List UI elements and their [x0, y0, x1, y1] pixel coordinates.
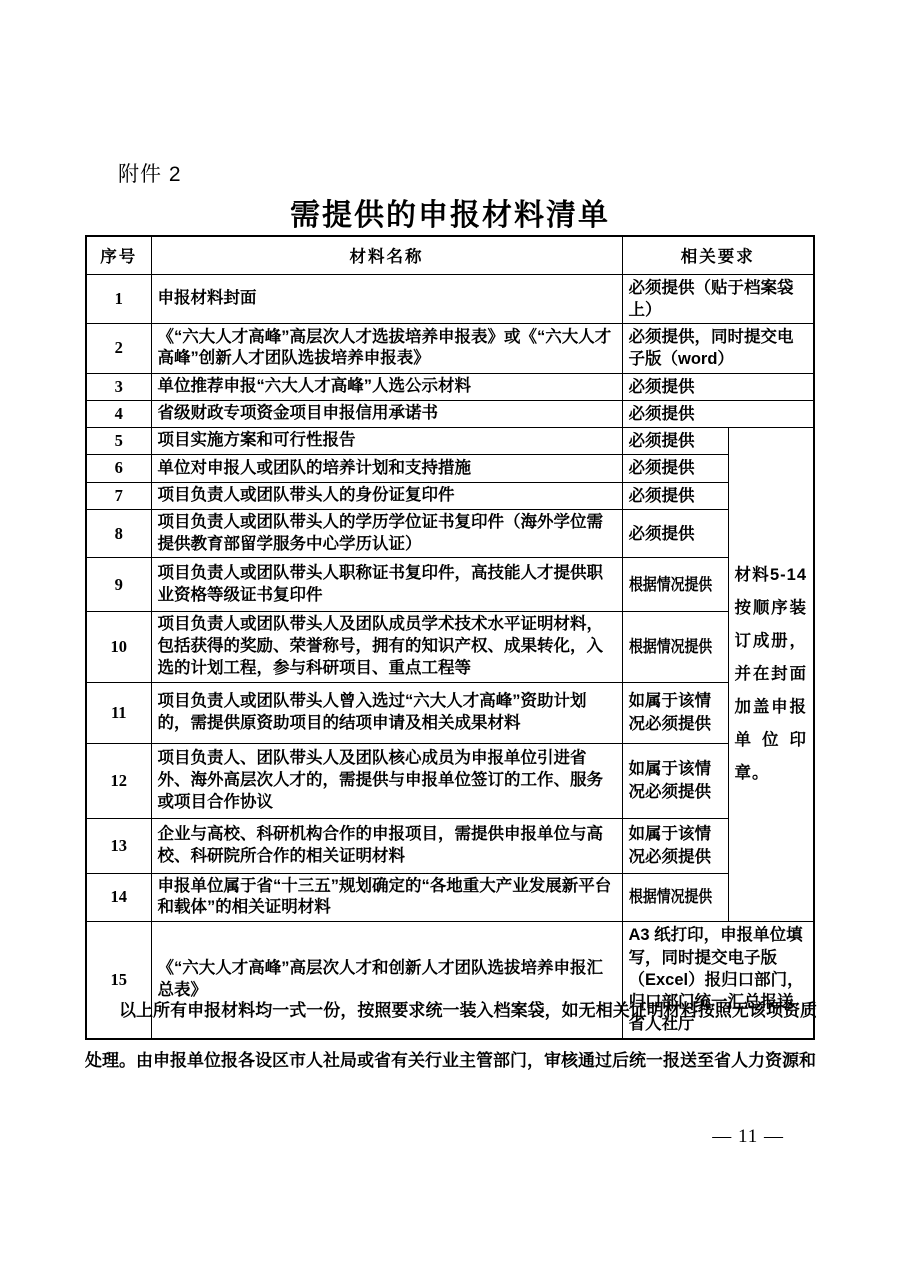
- document-page: 附件 2 需提供的申报材料清单 序号 材料名称 相关要求 1 申报材料封面 必须…: [0, 0, 900, 1273]
- cell-no: 5: [86, 428, 151, 455]
- binding-note-cell: 材料5-14按顺序装订成册，并在封面加盖申报单位印章。: [728, 428, 814, 922]
- cell-no: 10: [86, 612, 151, 682]
- cell-name: 单位推荐申报“六大人才高峰”人选公示材料: [151, 373, 622, 400]
- cell-name: 项目负责人或团队带头人职称证书复印件，高技能人才提供职业资格等级证书复印件: [151, 558, 622, 612]
- cell-requirement: 必须提供: [622, 455, 728, 482]
- cell-name: 单位对申报人或团队的培养计划和支持措施: [151, 455, 622, 482]
- cell-requirement: 必须提供（贴于档案袋上）: [622, 274, 814, 324]
- cell-requirement: 如属于该情况必须提供: [622, 743, 728, 818]
- cell-no: 14: [86, 873, 151, 922]
- page-title: 需提供的申报材料清单: [0, 190, 900, 234]
- header-row: 序号 材料名称 相关要求: [86, 236, 814, 274]
- materials-table: 序号 材料名称 相关要求 1 申报材料封面 必须提供（贴于档案袋上） 2 《“六…: [85, 235, 815, 1040]
- header-no: 序号: [86, 236, 151, 274]
- cell-no: 1: [86, 274, 151, 324]
- cell-no: 7: [86, 482, 151, 509]
- cell-requirement: 根据情况提供: [622, 612, 728, 682]
- cell-no: 8: [86, 509, 151, 558]
- cell-requirement: 必须提供，同时提交电子版（word）: [622, 324, 814, 374]
- cell-name: 项目负责人、团队带头人及团队核心成员为申报单位引进省外、海外高层次人才的，需提供…: [151, 743, 622, 818]
- cell-name: 申报材料封面: [151, 274, 622, 324]
- cell-no: 11: [86, 682, 151, 743]
- cell-name: 申报单位属于省“十三五”规划确定的“各地重大产业发展新平台和载体”的相关证明材料: [151, 873, 622, 922]
- cell-requirement: 必须提供: [622, 373, 814, 400]
- cell-requirement: 必须提供: [622, 400, 814, 427]
- table-row: 2 《“六大人才高峰”高层次人才选拔培养申报表》或《“六大人才高峰”创新人才团队…: [86, 324, 814, 374]
- table-row: 14 申报单位属于省“十三五”规划确定的“各地重大产业发展新平台和载体”的相关证…: [86, 873, 814, 922]
- cell-name: 省级财政专项资金项目申报信用承诺书: [151, 400, 622, 427]
- cell-requirement: 如属于该情况必须提供: [622, 682, 728, 743]
- table-row: 10 项目负责人或团队带头人及团队成员学术技术水平证明材料，包括获得的奖励、荣誉…: [86, 612, 814, 682]
- table-row: 3 单位推荐申报“六大人才高峰”人选公示材料 必须提供: [86, 373, 814, 400]
- cell-requirement: 必须提供: [622, 482, 728, 509]
- cell-name: 项目负责人或团队带头人的身份证复印件: [151, 482, 622, 509]
- cell-no: 6: [86, 455, 151, 482]
- cell-name: 项目实施方案和可行性报告: [151, 428, 622, 455]
- cell-no: 12: [86, 743, 151, 818]
- attachment-label: 附件 2: [118, 158, 182, 188]
- cell-requirement: 如属于该情况必须提供: [622, 818, 728, 873]
- cell-requirement: 根据情况提供: [622, 873, 728, 922]
- table-row: 8 项目负责人或团队带头人的学历学位证书复印件（海外学位需提供教育部留学服务中心…: [86, 509, 814, 558]
- cell-name: 《“六大人才高峰”高层次人才选拔培养申报表》或《“六大人才高峰”创新人才团队选拔…: [151, 324, 622, 374]
- cell-no: 2: [86, 324, 151, 374]
- cell-name: 企业与高校、科研机构合作的申报项目，需提供申报单位与高校、科研院所合作的相关证明…: [151, 818, 622, 873]
- cell-no: 3: [86, 373, 151, 400]
- table-row: 6 单位对申报人或团队的培养计划和支持措施 必须提供: [86, 455, 814, 482]
- cell-name: 项目负责人或团队带头人及团队成员学术技术水平证明材料，包括获得的奖励、荣誉称号，…: [151, 612, 622, 682]
- footer-note: 以上所有申报材料均一式一份，按照要求统一装入档案袋，如无相关证明材料按照无该项资…: [85, 986, 817, 1086]
- table-row: 7 项目负责人或团队带头人的身份证复印件 必须提供: [86, 482, 814, 509]
- header-name: 材料名称: [151, 236, 622, 274]
- cell-requirement: 根据情况提供: [622, 558, 728, 612]
- cell-no: 13: [86, 818, 151, 873]
- requirement-text: 根据情况提供: [629, 636, 712, 658]
- cell-no: 4: [86, 400, 151, 427]
- page-number: — 11 —: [712, 1126, 784, 1148]
- table-row: 4 省级财政专项资金项目申报信用承诺书 必须提供: [86, 400, 814, 427]
- cell-requirement: 必须提供: [622, 428, 728, 455]
- table-row: 9 项目负责人或团队带头人职称证书复印件，高技能人才提供职业资格等级证书复印件 …: [86, 558, 814, 612]
- table-row: 1 申报材料封面 必须提供（贴于档案袋上）: [86, 274, 814, 324]
- table-row: 13 企业与高校、科研机构合作的申报项目，需提供申报单位与高校、科研院所合作的相…: [86, 818, 814, 873]
- cell-name: 项目负责人或团队带头人曾入选过“六大人才高峰”资助计划的，需提供原资助项目的结项…: [151, 682, 622, 743]
- table-row: 5 项目实施方案和可行性报告 必须提供 材料5-14按顺序装订成册，并在封面加盖…: [86, 428, 814, 455]
- table-row: 11 项目负责人或团队带头人曾入选过“六大人才高峰”资助计划的，需提供原资助项目…: [86, 682, 814, 743]
- table-row: 12 项目负责人、团队带头人及团队核心成员为申报单位引进省外、海外高层次人才的，…: [86, 743, 814, 818]
- requirement-text: 根据情况提供: [629, 574, 712, 596]
- requirement-text: 根据情况提供: [629, 886, 712, 908]
- cell-requirement: 必须提供: [622, 509, 728, 558]
- cell-no: 9: [86, 558, 151, 612]
- cell-name: 项目负责人或团队带头人的学历学位证书复印件（海外学位需提供教育部留学服务中心学历…: [151, 509, 622, 558]
- header-requirement: 相关要求: [622, 236, 814, 274]
